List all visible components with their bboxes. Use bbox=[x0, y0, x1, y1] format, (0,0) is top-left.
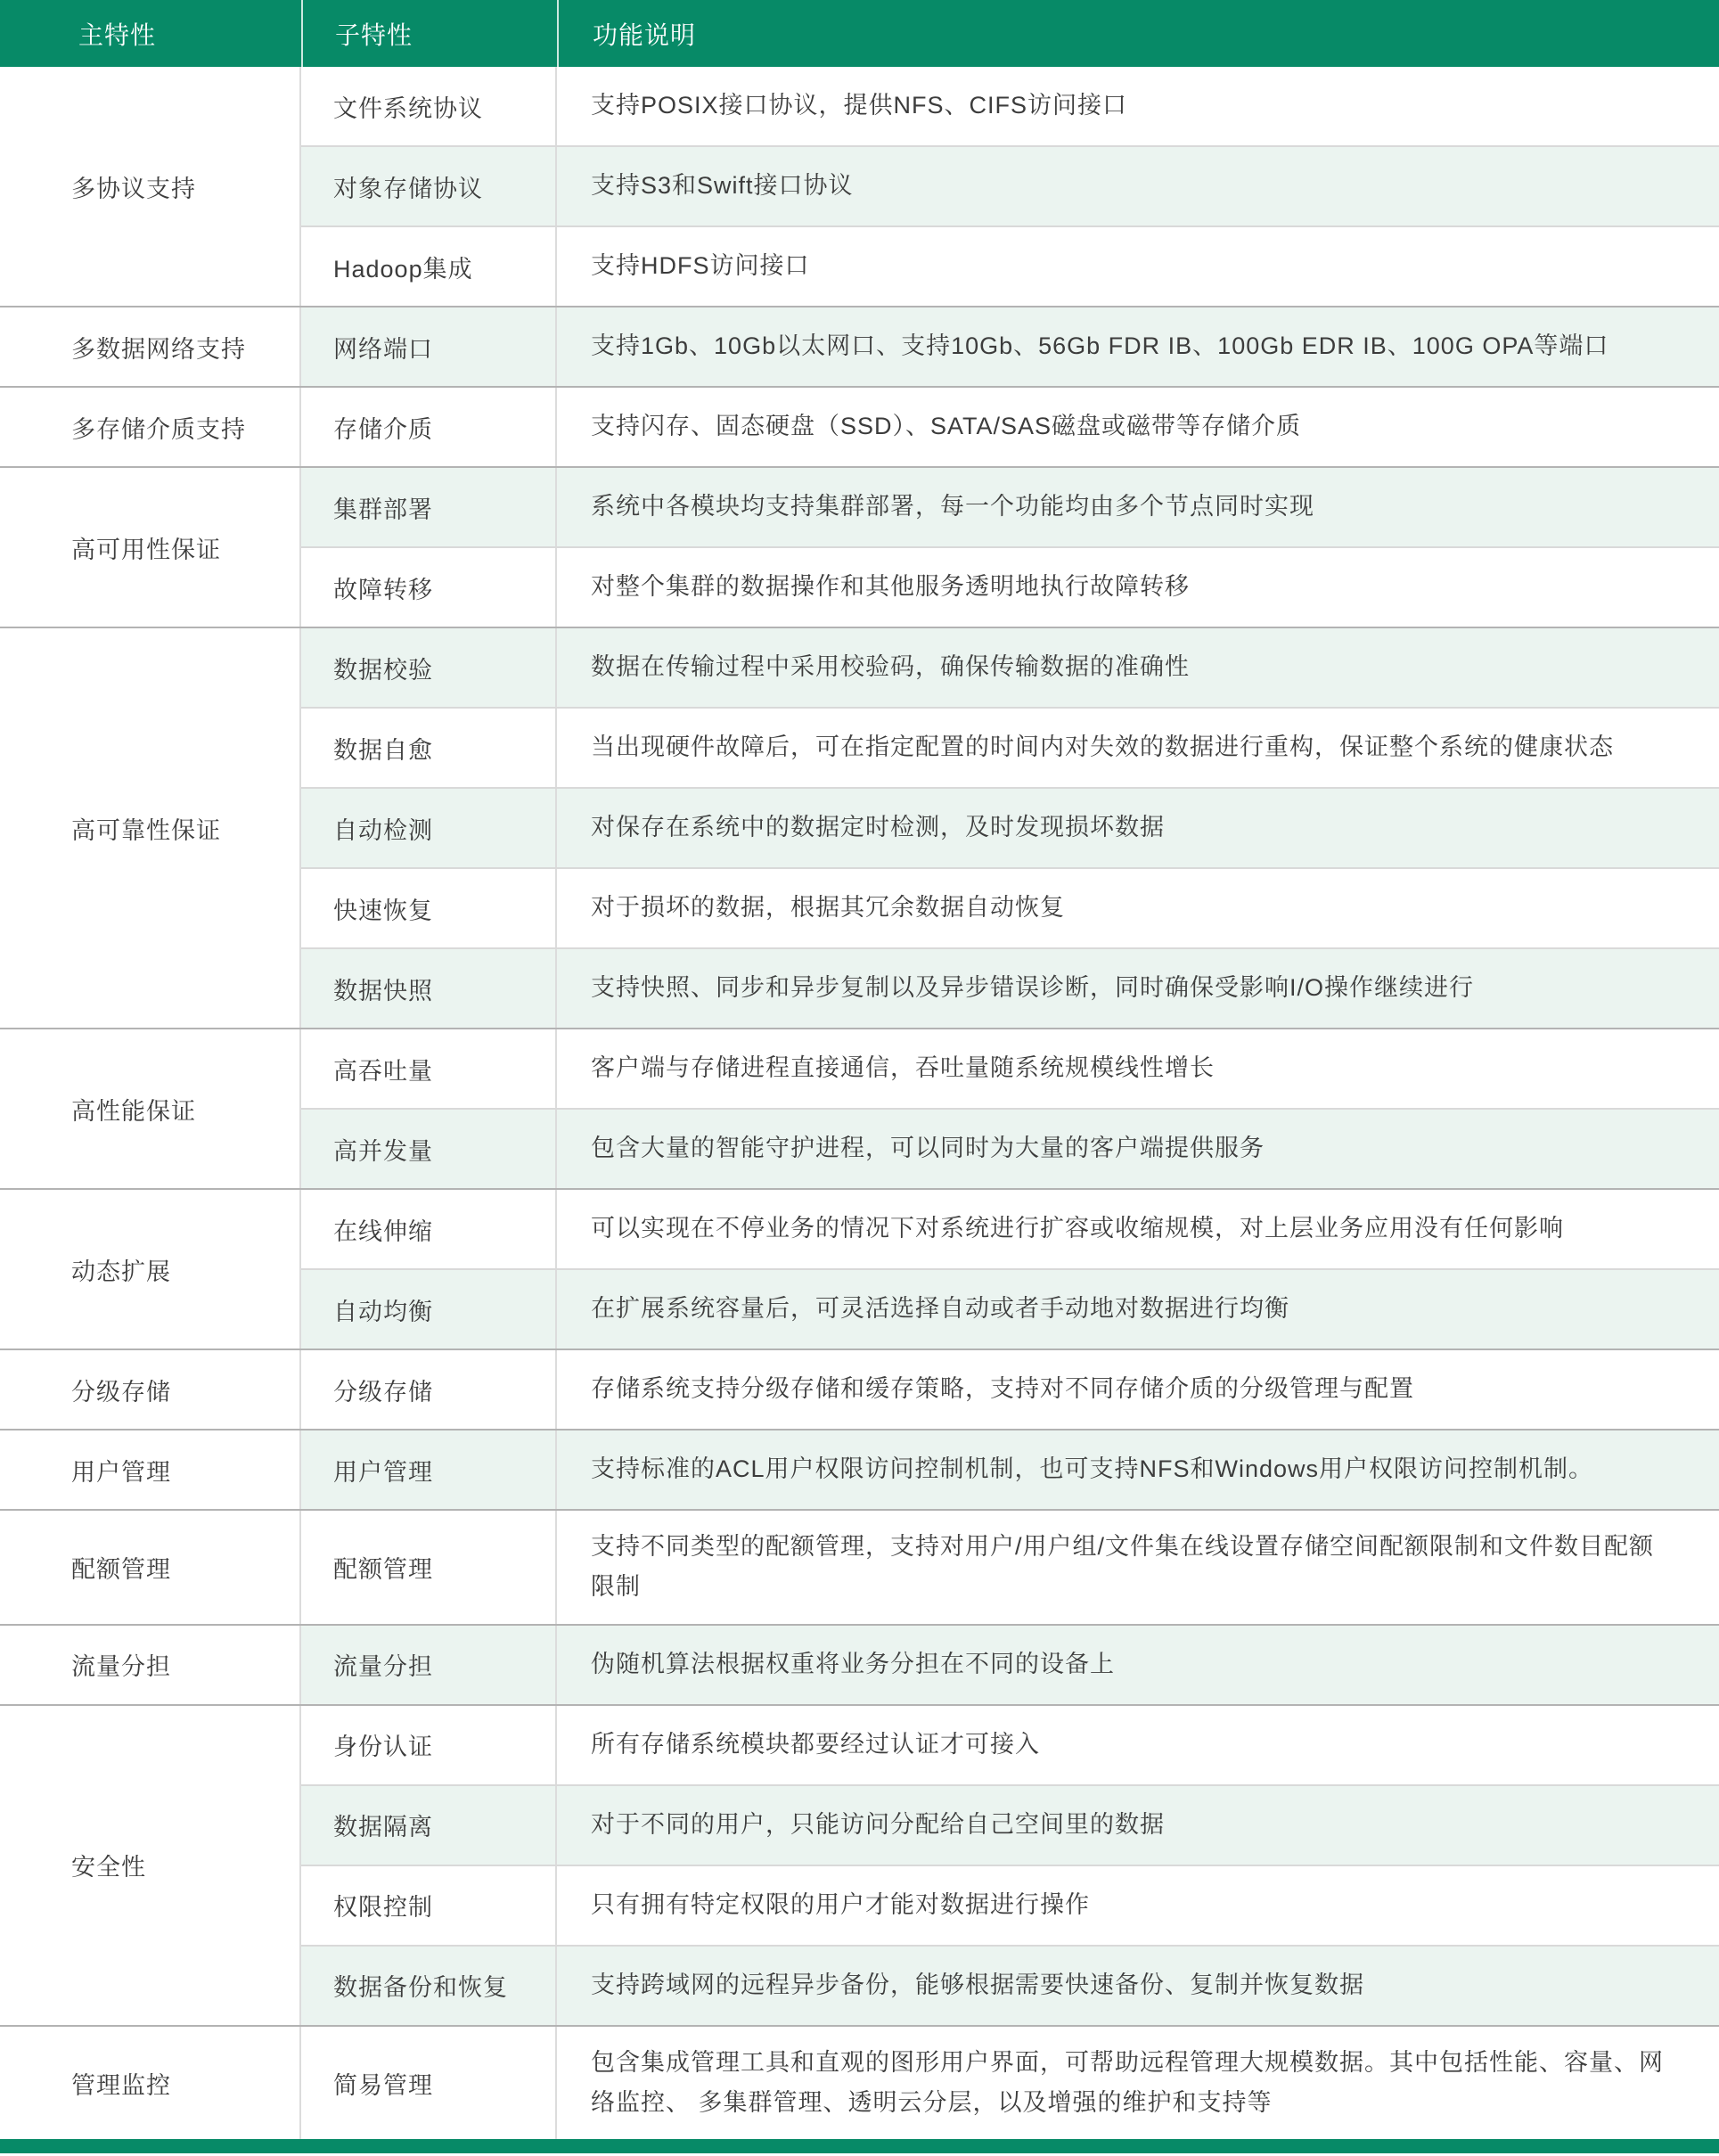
sub-rows: 在线伸缩可以实现在不停业务的情况下对系统进行扩容或收缩规模，对上层业务应用没有任… bbox=[301, 1190, 1719, 1349]
sub-rows: 高吞吐量客户端与存储进程直接通信，吞吐量随系统规模线性增长高并发量包含大量的智能… bbox=[301, 1029, 1719, 1188]
sub-feature-cell: 高并发量 bbox=[301, 1110, 557, 1188]
table-row: 数据校验数据在传输过程中采用校验码，确保传输数据的准确性 bbox=[301, 628, 1719, 707]
description-cell: 支持不同类型的配额管理，支持对用户/用户组/文件集在线设置存储空间配额限制和文件… bbox=[557, 1511, 1719, 1624]
feature-group: 高性能保证高吞吐量客户端与存储进程直接通信，吞吐量随系统规模线性增长高并发量包含… bbox=[0, 1028, 1719, 1188]
description-cell: 在扩展系统容量后，可灵活选择自动或者手动地对数据进行均衡 bbox=[557, 1270, 1719, 1349]
table-row: 快速恢复对于损坏的数据，根据其冗余数据自动恢复 bbox=[301, 867, 1719, 947]
sub-rows: 流量分担伪随机算法根据权重将业务分担在不同的设备上 bbox=[301, 1626, 1719, 1704]
table-row: 在线伸缩可以实现在不停业务的情况下对系统进行扩容或收缩规模，对上层业务应用没有任… bbox=[301, 1190, 1719, 1268]
main-feature-cell: 配额管理 bbox=[0, 1511, 301, 1624]
sub-feature-cell: 数据备份和恢复 bbox=[301, 1947, 557, 2025]
sub-rows: 用户管理支持标准的ACL用户权限访问控制机制，也可支持NFS和Windows用户… bbox=[301, 1431, 1719, 1509]
sub-feature-cell: 分级存储 bbox=[301, 1350, 557, 1429]
sub-rows: 数据校验数据在传输过程中采用校验码，确保传输数据的准确性数据自愈当出现硬件故障后… bbox=[301, 628, 1719, 1028]
description-cell: 对整个集群的数据操作和其他服务透明地执行故障转移 bbox=[557, 548, 1719, 627]
table-row: 数据快照支持快照、同步和异步复制以及异步错误诊断，同时确保受影响I/O操作继续进… bbox=[301, 947, 1719, 1028]
table-row: 集群部署系统中各模块均支持集群部署，每一个功能均由多个节点同时实现 bbox=[301, 468, 1719, 546]
feature-group: 高可靠性保证数据校验数据在传输过程中采用校验码，确保传输数据的准确性数据自愈当出… bbox=[0, 627, 1719, 1028]
feature-group: 多数据网络支持网络端口支持1Gb、10Gb以太网口、支持10Gb、56Gb FD… bbox=[0, 306, 1719, 386]
sub-feature-cell: 高吞吐量 bbox=[301, 1029, 557, 1108]
table-row: 配额管理支持不同类型的配额管理，支持对用户/用户组/文件集在线设置存储空间配额限… bbox=[301, 1511, 1719, 1624]
table-row: 流量分担伪随机算法根据权重将业务分担在不同的设备上 bbox=[301, 1626, 1719, 1704]
main-feature-cell: 用户管理 bbox=[0, 1431, 301, 1509]
main-feature-cell: 高可用性保证 bbox=[0, 468, 301, 627]
main-feature-cell: 动态扩展 bbox=[0, 1190, 301, 1349]
table-row: Hadoop集成支持HDFS访问接口 bbox=[301, 225, 1719, 306]
table-row: 文件系统协议支持POSIX接口协议，提供NFS、CIFS访问接口 bbox=[301, 67, 1719, 145]
table-row: 分级存储存储系统支持分级存储和缓存策略，支持对不同存储介质的分级管理与配置 bbox=[301, 1350, 1719, 1429]
description-cell: 存储系统支持分级存储和缓存策略，支持对不同存储介质的分级管理与配置 bbox=[557, 1350, 1719, 1429]
table-row: 故障转移对整个集群的数据操作和其他服务透明地执行故障转移 bbox=[301, 546, 1719, 627]
description-cell: 数据在传输过程中采用校验码，确保传输数据的准确性 bbox=[557, 628, 1719, 707]
sub-rows: 集群部署系统中各模块均支持集群部署，每一个功能均由多个节点同时实现故障转移对整个… bbox=[301, 468, 1719, 627]
sub-rows: 身份认证所有存储系统模块都要经过认证才可接入数据隔离对于不同的用户，只能访问分配… bbox=[301, 1706, 1719, 2025]
table-row: 用户管理支持标准的ACL用户权限访问控制机制，也可支持NFS和Windows用户… bbox=[301, 1431, 1719, 1509]
description-cell: 支持S3和Swift接口协议 bbox=[557, 147, 1719, 225]
main-feature-cell: 多数据网络支持 bbox=[0, 307, 301, 386]
feature-group: 流量分担流量分担伪随机算法根据权重将业务分担在不同的设备上 bbox=[0, 1624, 1719, 1704]
feature-group: 配额管理配额管理支持不同类型的配额管理，支持对用户/用户组/文件集在线设置存储空… bbox=[0, 1509, 1719, 1624]
description-cell: 所有存储系统模块都要经过认证才可接入 bbox=[557, 1706, 1719, 1784]
main-feature-cell: 高性能保证 bbox=[0, 1029, 301, 1188]
description-cell: 支持POSIX接口协议，提供NFS、CIFS访问接口 bbox=[557, 67, 1719, 145]
table-row: 高并发量包含大量的智能守护进程，可以同时为大量的客户端提供服务 bbox=[301, 1108, 1719, 1188]
sub-rows: 文件系统协议支持POSIX接口协议，提供NFS、CIFS访问接口对象存储协议支持… bbox=[301, 67, 1719, 306]
feature-spec-table: 主特性 子特性 功能说明 多协议支持文件系统协议支持POSIX接口协议，提供NF… bbox=[0, 0, 1719, 2153]
sub-feature-cell: 数据校验 bbox=[301, 628, 557, 707]
description-cell: 支持1Gb、10Gb以太网口、支持10Gb、56Gb FDR IB、100Gb … bbox=[557, 307, 1719, 386]
table-row: 存储介质支持闪存、固态硬盘（SSD）、SATA/SAS磁盘或磁带等存储介质 bbox=[301, 388, 1719, 466]
description-cell: 客户端与存储进程直接通信，吞吐量随系统规模线性增长 bbox=[557, 1029, 1719, 1108]
main-feature-cell: 高可靠性保证 bbox=[0, 628, 301, 1028]
feature-group: 用户管理用户管理支持标准的ACL用户权限访问控制机制，也可支持NFS和Windo… bbox=[0, 1429, 1719, 1509]
table-row: 权限控制只有拥有特定权限的用户才能对数据进行操作 bbox=[301, 1865, 1719, 1945]
feature-group: 动态扩展在线伸缩可以实现在不停业务的情况下对系统进行扩容或收缩规模，对上层业务应… bbox=[0, 1188, 1719, 1349]
table-row: 网络端口支持1Gb、10Gb以太网口、支持10Gb、56Gb FDR IB、10… bbox=[301, 307, 1719, 386]
description-cell: 对于损坏的数据，根据其冗余数据自动恢复 bbox=[557, 869, 1719, 947]
main-feature-cell: 安全性 bbox=[0, 1706, 301, 2025]
sub-feature-cell: 文件系统协议 bbox=[301, 67, 557, 145]
sub-rows: 配额管理支持不同类型的配额管理，支持对用户/用户组/文件集在线设置存储空间配额限… bbox=[301, 1511, 1719, 1624]
sub-feature-cell: 数据快照 bbox=[301, 949, 557, 1028]
sub-rows: 存储介质支持闪存、固态硬盘（SSD）、SATA/SAS磁盘或磁带等存储介质 bbox=[301, 388, 1719, 466]
description-cell: 支持闪存、固态硬盘（SSD）、SATA/SAS磁盘或磁带等存储介质 bbox=[557, 388, 1719, 466]
feature-group: 多协议支持文件系统协议支持POSIX接口协议，提供NFS、CIFS访问接口对象存… bbox=[0, 67, 1719, 306]
description-cell: 包含大量的智能守护进程，可以同时为大量的客户端提供服务 bbox=[557, 1110, 1719, 1188]
table-row: 身份认证所有存储系统模块都要经过认证才可接入 bbox=[301, 1706, 1719, 1784]
sub-feature-cell: 数据隔离 bbox=[301, 1786, 557, 1865]
feature-group: 高可用性保证集群部署系统中各模块均支持集群部署，每一个功能均由多个节点同时实现故… bbox=[0, 466, 1719, 627]
sub-feature-cell: 网络端口 bbox=[301, 307, 557, 386]
sub-feature-cell: 对象存储协议 bbox=[301, 147, 557, 225]
description-cell: 支持HDFS访问接口 bbox=[557, 227, 1719, 306]
description-cell: 对保存在系统中的数据定时检测，及时发现损坏数据 bbox=[557, 789, 1719, 867]
sub-rows: 简易管理包含集成管理工具和直观的图形用户界面，可帮助远程管理大规模数据。其中包括… bbox=[301, 2027, 1719, 2140]
table-header-row: 主特性 子特性 功能说明 bbox=[0, 0, 1719, 67]
sub-feature-cell: 数据自愈 bbox=[301, 709, 557, 787]
main-feature-cell: 流量分担 bbox=[0, 1626, 301, 1704]
description-cell: 对于不同的用户，只能访问分配给自己空间里的数据 bbox=[557, 1786, 1719, 1865]
description-cell: 可以实现在不停业务的情况下对系统进行扩容或收缩规模，对上层业务应用没有任何影响 bbox=[557, 1190, 1719, 1268]
sub-feature-cell: 权限控制 bbox=[301, 1866, 557, 1945]
footer-bar bbox=[0, 2139, 1719, 2153]
table-row: 数据自愈当出现硬件故障后，可在指定配置的时间内对失效的数据进行重构，保证整个系统… bbox=[301, 707, 1719, 787]
sub-feature-cell: 身份认证 bbox=[301, 1706, 557, 1784]
sub-feature-cell: 流量分担 bbox=[301, 1626, 557, 1704]
table-body: 多协议支持文件系统协议支持POSIX接口协议，提供NFS、CIFS访问接口对象存… bbox=[0, 67, 1719, 2139]
sub-feature-cell: 存储介质 bbox=[301, 388, 557, 466]
feature-group: 分级存储分级存储存储系统支持分级存储和缓存策略，支持对不同存储介质的分级管理与配… bbox=[0, 1349, 1719, 1429]
table-row: 数据隔离对于不同的用户，只能访问分配给自己空间里的数据 bbox=[301, 1784, 1719, 1865]
description-cell: 支持跨域网的远程异步备份，能够根据需要快速备份、复制并恢复数据 bbox=[557, 1947, 1719, 2025]
sub-rows: 分级存储存储系统支持分级存储和缓存策略，支持对不同存储介质的分级管理与配置 bbox=[301, 1350, 1719, 1429]
feature-group: 安全性身份认证所有存储系统模块都要经过认证才可接入数据隔离对于不同的用户，只能访… bbox=[0, 1704, 1719, 2025]
table-row: 数据备份和恢复支持跨域网的远程异步备份，能够根据需要快速备份、复制并恢复数据 bbox=[301, 1945, 1719, 2025]
main-feature-cell: 管理监控 bbox=[0, 2027, 301, 2140]
column-header-description: 功能说明 bbox=[557, 0, 1719, 67]
sub-feature-cell: 简易管理 bbox=[301, 2027, 557, 2140]
table-row: 高吞吐量客户端与存储进程直接通信，吞吐量随系统规模线性增长 bbox=[301, 1029, 1719, 1108]
sub-feature-cell: Hadoop集成 bbox=[301, 227, 557, 306]
description-cell: 当出现硬件故障后，可在指定配置的时间内对失效的数据进行重构，保证整个系统的健康状… bbox=[557, 709, 1719, 787]
feature-group: 管理监控简易管理包含集成管理工具和直观的图形用户界面，可帮助远程管理大规模数据。… bbox=[0, 2025, 1719, 2140]
sub-feature-cell: 自动检测 bbox=[301, 789, 557, 867]
main-feature-cell: 多存储介质支持 bbox=[0, 388, 301, 466]
sub-feature-cell: 自动均衡 bbox=[301, 1270, 557, 1349]
sub-feature-cell: 用户管理 bbox=[301, 1431, 557, 1509]
description-cell: 伪随机算法根据权重将业务分担在不同的设备上 bbox=[557, 1626, 1719, 1704]
sub-feature-cell: 在线伸缩 bbox=[301, 1190, 557, 1268]
sub-feature-cell: 配额管理 bbox=[301, 1511, 557, 1624]
sub-feature-cell: 集群部署 bbox=[301, 468, 557, 546]
feature-group: 多存储介质支持存储介质支持闪存、固态硬盘（SSD）、SATA/SAS磁盘或磁带等… bbox=[0, 386, 1719, 466]
sub-feature-cell: 故障转移 bbox=[301, 548, 557, 627]
description-cell: 系统中各模块均支持集群部署，每一个功能均由多个节点同时实现 bbox=[557, 468, 1719, 546]
main-feature-cell: 多协议支持 bbox=[0, 67, 301, 306]
sub-rows: 网络端口支持1Gb、10Gb以太网口、支持10Gb、56Gb FDR IB、10… bbox=[301, 307, 1719, 386]
table-row: 简易管理包含集成管理工具和直观的图形用户界面，可帮助远程管理大规模数据。其中包括… bbox=[301, 2027, 1719, 2140]
column-header-sub-feature: 子特性 bbox=[301, 0, 557, 67]
main-feature-cell: 分级存储 bbox=[0, 1350, 301, 1429]
table-row: 对象存储协议支持S3和Swift接口协议 bbox=[301, 145, 1719, 225]
description-cell: 支持标准的ACL用户权限访问控制机制，也可支持NFS和Windows用户权限访问… bbox=[557, 1431, 1719, 1509]
table-row: 自动检测对保存在系统中的数据定时检测，及时发现损坏数据 bbox=[301, 787, 1719, 867]
sub-feature-cell: 快速恢复 bbox=[301, 869, 557, 947]
column-header-main-feature: 主特性 bbox=[0, 0, 301, 67]
description-cell: 包含集成管理工具和直观的图形用户界面，可帮助远程管理大规模数据。其中包括性能、容… bbox=[557, 2027, 1719, 2140]
description-cell: 支持快照、同步和异步复制以及异步错误诊断，同时确保受影响I/O操作继续进行 bbox=[557, 949, 1719, 1028]
table-row: 自动均衡在扩展系统容量后，可灵活选择自动或者手动地对数据进行均衡 bbox=[301, 1268, 1719, 1349]
description-cell: 只有拥有特定权限的用户才能对数据进行操作 bbox=[557, 1866, 1719, 1945]
